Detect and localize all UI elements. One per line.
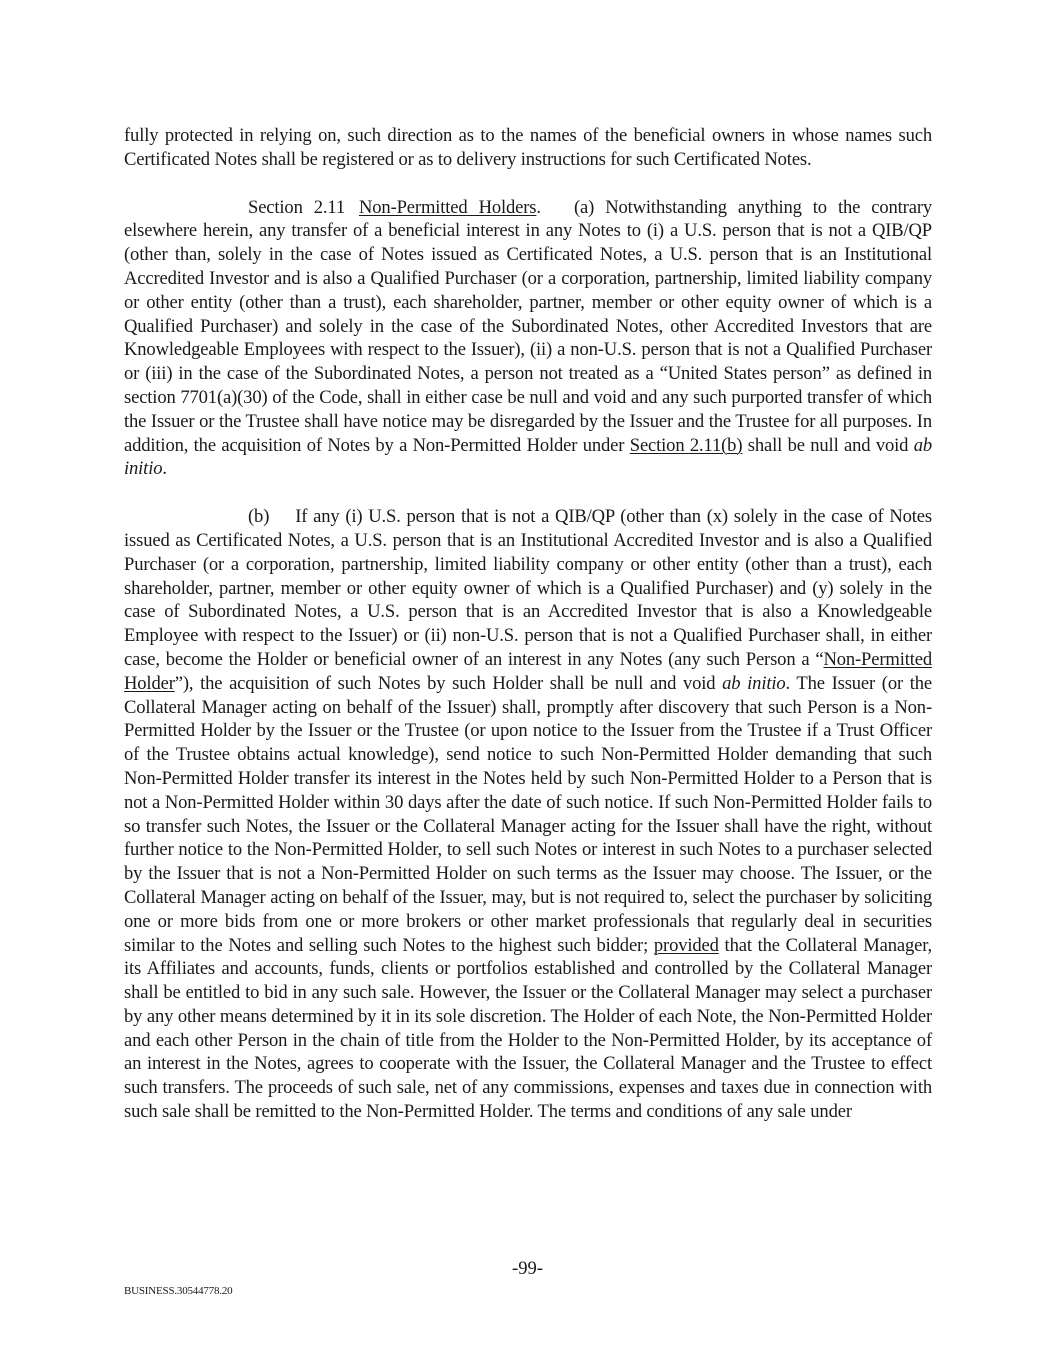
paragraph-text: If any (i) U.S. person that is not a QIB… xyxy=(124,506,932,670)
paragraph-section-2-11-a: Section 2.11Non-Permitted Holders. (a) N… xyxy=(124,196,932,482)
paragraph-text: . The Issuer (or the Collateral Manager … xyxy=(124,673,932,956)
paragraph-section-2-11-b: (b)If any (i) U.S. person that is not a … xyxy=(124,505,932,1124)
document-page: fully protected in relying on, such dire… xyxy=(124,124,932,1124)
italic-term: ab initio xyxy=(722,673,785,694)
section-title: Non-Permitted Holders xyxy=(359,197,536,218)
paragraph-text: . xyxy=(162,458,167,479)
section-title-period: . xyxy=(536,197,541,218)
paragraph-text: ”), the acquisition of such Notes by suc… xyxy=(175,673,722,694)
paragraph-text: that the Collateral Manager, its Affilia… xyxy=(124,935,932,1123)
subsection-label-a: (a) xyxy=(574,197,594,218)
paragraph-text: fully protected in relying on, such dire… xyxy=(124,125,932,170)
paragraph-text: shall be null and void xyxy=(742,435,913,456)
document-id: BUSINESS.30544778.20 xyxy=(124,1285,232,1297)
page-number: -99- xyxy=(0,1258,1055,1280)
subsection-label-b: (b) xyxy=(248,506,269,527)
paragraph-continuation: fully protected in relying on, such dire… xyxy=(124,124,932,172)
proviso-term: provided xyxy=(654,935,719,956)
section-label: Section 2.11 xyxy=(248,197,345,218)
cross-reference-link[interactable]: Section 2.11(b) xyxy=(630,435,743,456)
paragraph-text: Notwithstanding anything to the contrary… xyxy=(124,197,932,456)
